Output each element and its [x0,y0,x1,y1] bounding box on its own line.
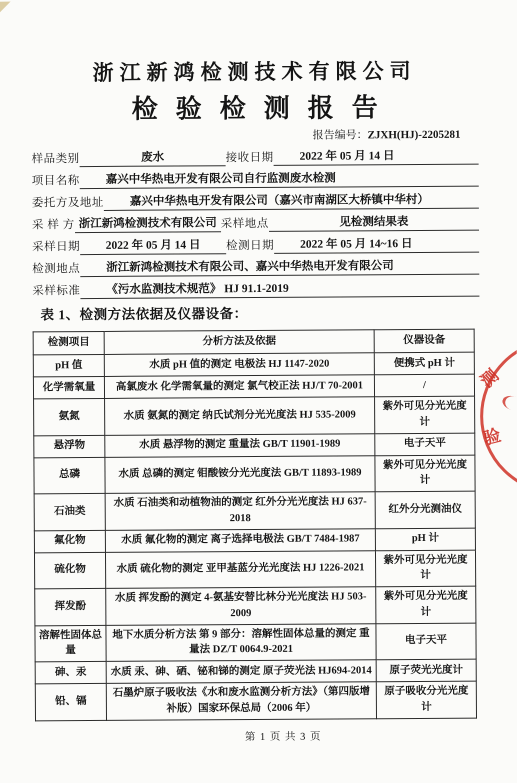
table-cell: 氟化物 [34,530,105,552]
table-row: pH 值水质 pH 值的测定 电极法 HJ 1147-2020便携式 pH 计 [33,352,474,377]
table-cell: 石油类 [34,493,105,530]
table-row: 总磷水质 总磷的测定 钼酸铵分光光度法 GB/T 11893-1989紫外可见分… [34,455,475,494]
table-cell: 电子天平 [376,623,476,660]
table-cell: 原子荧光光度计 [376,659,476,682]
table-row: 硫化物水质 硫化物的测定 亚甲基蓝分光光度法 HJ 1226-2021紫外可见分… [34,550,475,589]
table-cell: 原子吸收分光光度计 [376,681,476,718]
table-cell: 水质 汞、砷、硒、铋和锑的测定 原子荧光法 HJ694-2014 [106,660,376,684]
table-cell: 电子天平 [375,433,475,456]
table-header-item: 检测项目 [33,331,104,354]
table-cell: 化学需氧量 [33,376,104,398]
field-label: 采样日期 [32,240,80,255]
table-cell: 总磷 [34,457,105,494]
field-project-name: 项目名称 嘉兴中华热电开发有限公司自行监测废水检测 [32,165,479,190]
table-cell: 石墨炉原子吸收法《水和废水监测分析方法》（第四版增补版）国家环保总局（2006 … [106,682,376,720]
field-client-address: 委托方及地址 嘉兴中华热电开发有限公司（嘉兴市南湖区大桥镇中华村） [32,187,479,212]
table-row: 挥发酚水质 挥发酚的测定 4-氨基安替比林分光光度法 HJ 503-2009紫外… [35,586,476,625]
report-number-line: 报告编号：ZJXH(HJ)-2205281 [312,126,460,143]
table-cell: 悬浮物 [34,435,105,457]
table-row: 铅、镉石墨炉原子吸收法《水和废水监测分析方法》（第四版增补版）国家环保总局（20… [35,681,476,720]
field-value: 嘉兴中华热电开发有限公司（嘉兴市南湖区大桥镇中华村） [104,193,479,211]
table-row: 砷、汞水质 汞、砷、硒、铋和锑的测定 原子荧光法 HJ694-2014原子荧光光… [35,659,476,684]
table-cell: pH 值 [33,354,104,376]
table-row: 石油类水质 石油类和动植物油的测定 红外分光光度法 HJ 637-2018红外分… [34,491,475,530]
field-value: 浙江新鸿检测技术有限公司 [75,216,221,233]
stamp-character: 验 [480,421,503,449]
table-cell: 水质 氨氮的测定 纳氏试剂分光光度法 HJ 535-2009 [105,397,375,435]
field-label: 检测地点 [32,262,80,277]
table-row: 悬浮物水质 悬浮物的测定 重量法 GB/T 11901-1989电子天平 [34,433,475,458]
table-row: 溶解性固体总量地下水质分析方法 第 9 部分：溶解性固体总量的测定 重量法 DZ… [35,623,476,662]
company-name: 浙江新鸿检测技术有限公司 [31,55,478,88]
field-label: 委托方及地址 [32,196,104,211]
table-cell: 铅、镉 [35,683,106,720]
table-row: 氟化物水质 氟化物的测定 离子选择电极法 GB/T 7484-1987pH 计 [34,528,475,553]
table-cell: 地下水质分析方法 第 9 部分：溶解性固体总量的测定 重量法 DZ/T 0064… [106,623,376,661]
page-footer: 第 1 页 共 3 页 [68,728,498,746]
field-value: 《污水监测技术规范》 HJ 91.1-2019 [80,281,479,299]
field-label: 项目名称 [32,174,80,189]
field-label: 样品类别 [32,152,80,167]
field-label: 检测日期 [226,239,274,254]
field-label: 采样标准 [32,284,80,299]
methods-table: 检测项目 分析方法及依据 仪器设备 pH 值水质 pH 值的测定 电极法 HJ … [33,329,477,721]
field-label: 采样地点 [221,217,269,232]
field-sampling-standard: 采样标准 《污水监测技术规范》 HJ 91.1-2019 [32,275,479,300]
report-number-label: 报告编号： [313,129,368,141]
table-cell: 水质 pH 值的测定 电极法 HJ 1147-2020 [104,353,374,377]
field-sampling-date: 采样日期 2022 年 05 月 14 日 检测日期 2022 年 05 月 1… [32,231,479,256]
table-cell: 紫外可见分光光度计 [375,550,475,587]
table-cell: 水质 悬浮物的测定 重量法 GB/T 11901-1989 [105,433,375,457]
methods-table-body: pH 值水质 pH 值的测定 电极法 HJ 1147-2020便携式 pH 计化… [33,352,476,720]
table-cell: 硫化物 [34,552,105,589]
report-number-value: ZJXH(HJ)-2205281 [368,129,461,142]
field-label: 采 样 方 [32,218,75,233]
table-header-instrument: 仪器设备 [374,329,474,353]
table-header-row: 检测项目 分析方法及依据 仪器设备 [33,329,474,355]
table-cell: 水质 氟化物的测定 离子选择电极法 GB/T 7484-1987 [105,528,375,552]
table-header-method: 分析方法及依据 [104,330,374,355]
table-cell: 便携式 pH 计 [374,352,474,375]
table-cell: 水质 硫化物的测定 亚甲基蓝分光光度法 HJ 1226-2021 [105,550,375,588]
table-cell: 紫外可见分光光度计 [375,396,475,433]
stamp-ring [480,338,517,495]
field-value: 2022 年 05 月 14 日 [274,149,479,166]
field-value: 见检测结果表 [269,215,479,232]
table-cell: 挥发酚 [35,588,106,625]
field-sample-type: 样品类别 废水 接收日期 2022 年 05 月 14 日 [31,143,478,168]
table-cell: pH 计 [375,528,475,551]
table-cell: 水质 总磷的测定 钼酸铵分光光度法 GB/T 11893-1989 [105,455,375,493]
page-corner-fold [0,2,11,15]
stamp-character: 测 [474,362,503,392]
field-sampling-party: 采 样 方 浙江新鸿检测技术有限公司 采样地点 见检测结果表 [32,209,479,234]
table-row: 化学需氧量高氯废水 化学需氧量的测定 氯气校正法 HJ/T 70-2001/ [33,374,474,399]
field-value: 浙江新鸿检测技术有限公司、嘉兴中华热电开发有限公司 [80,259,479,277]
table-cell: 紫外可见分光光度计 [375,455,475,492]
stamp-inner-arc [500,393,517,413]
table-cell: 紫外可见分光光度计 [376,586,476,623]
table-cell: 红外分光测油仪 [375,491,475,528]
field-value: 嘉兴中华热电开发有限公司自行监测废水检测 [80,171,479,189]
scanned-report-page: 浙江新鸿检测技术有限公司 检验检测报告 报告编号：ZJXH(HJ)-220528… [0,0,517,783]
report-title: 检验检测报告 [31,87,478,127]
report-content: 浙江新鸿检测技术有限公司 检验检测报告 报告编号：ZJXH(HJ)-220528… [31,0,478,1]
table-cell: / [374,374,474,397]
form-fields: 样品类别 废水 接收日期 2022 年 05 月 14 日 项目名称 嘉兴中华热… [31,143,479,300]
field-value: 2022 年 05 月 14 日 [80,238,226,255]
table-cell: 水质 挥发酚的测定 4-氨基安替比林分光光度法 HJ 503-2009 [106,587,376,625]
field-label: 接收日期 [226,151,274,166]
table-cell: 砷、汞 [35,661,106,683]
table-cell: 水质 石油类和动植物油的测定 红外分光光度法 HJ 637-2018 [105,492,375,530]
field-value: 废水 [80,150,226,167]
table-caption: 表 1、检测方法依据及仪器设备： [40,302,247,323]
field-value: 2022 年 05 月 14~16 日 [274,237,479,254]
table-cell: 高氯废水 化学需氧量的测定 氯气校正法 HJ/T 70-2001 [104,375,374,399]
table-cell: 溶解性固体总量 [35,625,106,662]
table-cell: 氨氮 [34,398,105,435]
table-row: 氨氮水质 氨氮的测定 纳氏试剂分光光度法 HJ 535-2009紫外可见分光光度… [34,396,475,435]
red-seal-stamp: 测 验 [476,336,517,491]
field-test-location: 检测地点 浙江新鸿检测技术有限公司、嘉兴中华热电开发有限公司 [32,253,479,278]
